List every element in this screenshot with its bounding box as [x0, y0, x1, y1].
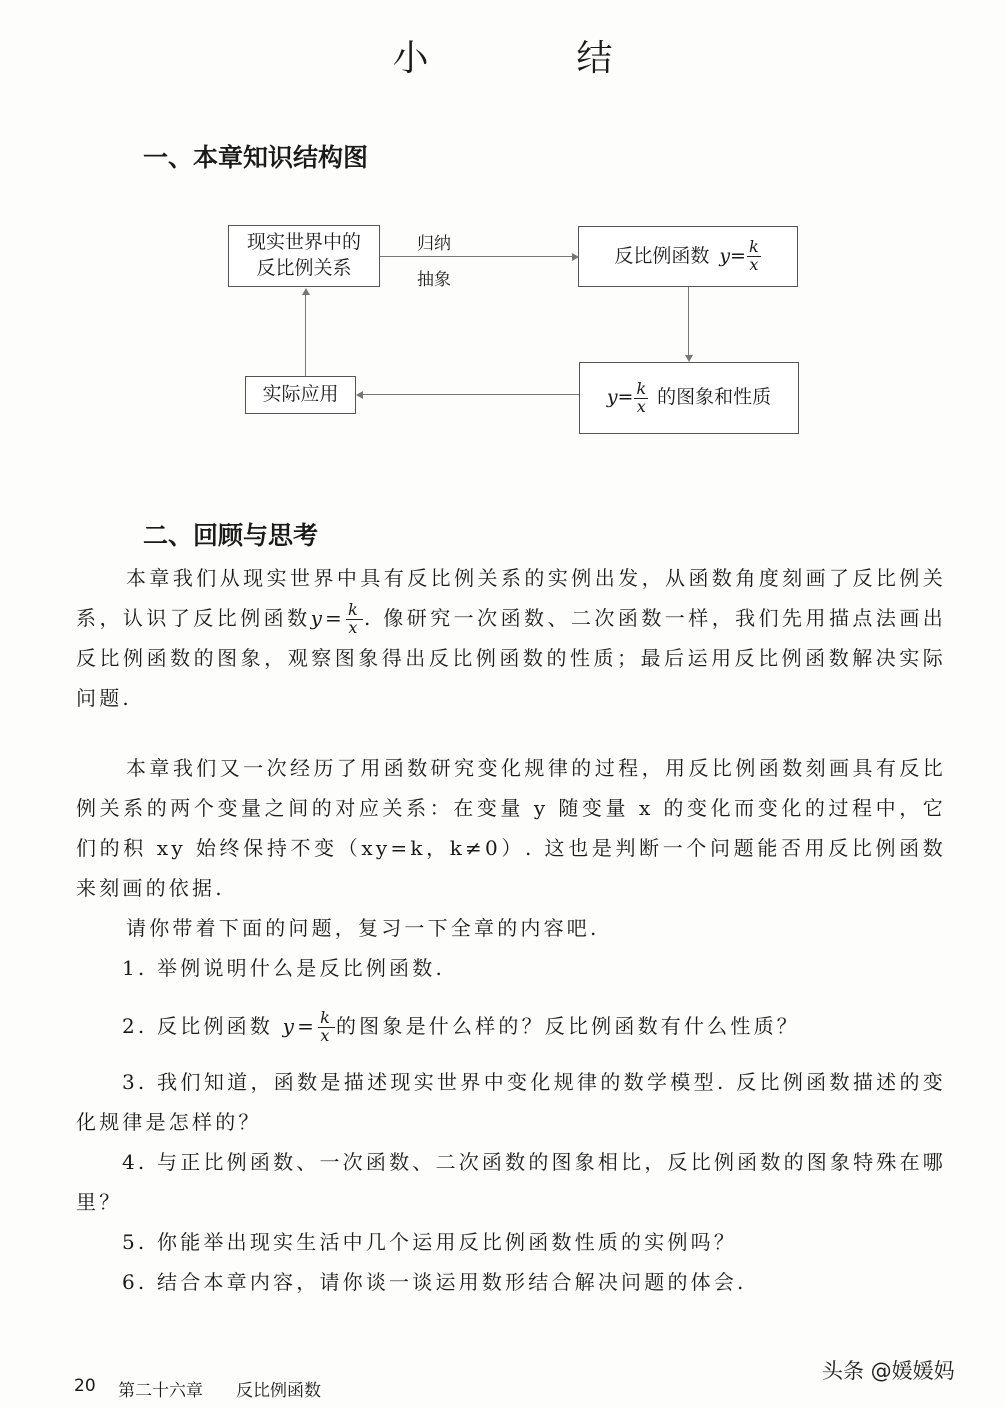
- arrow-label-induction: 归纳: [417, 229, 451, 254]
- watermark: 头条 @媛媛妈: [822, 1355, 955, 1385]
- paragraph-3: 请你带着下面的问题，复习一下全章的内容吧.: [76, 908, 946, 948]
- question-text-b: 的图象是什么样的？反比例函数有什么性质？: [336, 1014, 800, 1038]
- fraction-k-over-x: kx: [346, 602, 363, 637]
- fraction-denominator: x: [637, 399, 646, 416]
- arrow-head-down-icon: [685, 355, 693, 362]
- question-text: 5. 你能举出现实生活中几个运用反比例函数性质的实例吗？: [76, 1222, 946, 1262]
- arrow-head-left-icon: [356, 391, 363, 399]
- footer-chapter-title: 反比例函数: [236, 1376, 321, 1401]
- box-graph-label: 的图象和性质: [657, 385, 771, 411]
- fraction-numerator: k: [634, 381, 648, 399]
- question-2-line: 2. 反比例函数 y=kx的图象是什么样的？反比例函数有什么性质？: [76, 1006, 946, 1046]
- arrow-line-down: [688, 287, 689, 357]
- paragraph-1-formula-lhs: y=: [311, 606, 345, 630]
- arrow-head-up-icon: [302, 288, 310, 295]
- fraction-k-over-x: k x: [747, 239, 761, 274]
- review-question-6: 6. 结合本章内容，请你谈一谈运用数形结合解决问题的体会.: [76, 1262, 946, 1302]
- box-graph-properties: y= k x 的图象和性质: [579, 362, 799, 434]
- arrow-line-up: [305, 294, 306, 376]
- review-question-3: 3. 我们知道，函数是描述现实世界中变化规律的数学模型. 反比例函数描述的变化规…: [76, 1062, 946, 1142]
- question-text-a: 2. 反比例函数: [122, 1014, 283, 1038]
- box-practical-application: 实际应用: [245, 376, 356, 414]
- box-function-formula-lhs: y=: [719, 244, 746, 270]
- arrow-label-abstraction: 抽象: [417, 265, 451, 290]
- paragraph-2: 本章我们又一次经历了用函数研究变化规律的过程，用反比例函数刻画具有反比例关系的两…: [76, 748, 946, 908]
- arrow-line-left: [362, 394, 579, 395]
- fraction-denominator: x: [348, 620, 360, 637]
- review-question-2: 2. 反比例函数 y=kx的图象是什么样的？反比例函数有什么性质？: [76, 1006, 946, 1046]
- box-inverse-function: 反比例函数 y= k x: [578, 226, 798, 287]
- box-graph-formula-lhs: y=: [607, 385, 634, 411]
- fraction-k-over-x: k x: [634, 381, 648, 416]
- knowledge-structure-diagram: 现实世界中的 反比例关系 归纳 抽象 反比例函数 y= k x y= k x 的…: [0, 0, 1005, 460]
- fraction-k-over-x: kx: [318, 1010, 335, 1045]
- footer-page-number: 20: [74, 1376, 96, 1396]
- arrow-line-top: [380, 256, 574, 257]
- question-text: 6. 结合本章内容，请你谈一谈运用数形结合解决问题的体会.: [76, 1262, 946, 1302]
- review-question-4: 4. 与正比例函数、一次函数、二次函数的图象相比，反比例函数的图象特殊在哪里？: [76, 1142, 946, 1222]
- box-function-label: 反比例函数: [614, 244, 709, 270]
- paragraph-1: 本章我们从现实世界中具有反比例关系的实例出发，从函数角度刻画了反比例关系，认识了…: [76, 558, 946, 718]
- review-question-5: 5. 你能举出现实生活中几个运用反比例函数性质的实例吗？: [76, 1222, 946, 1262]
- box-real-world-relation: 现实世界中的 反比例关系: [228, 225, 380, 287]
- fraction-denominator: x: [320, 1028, 332, 1045]
- box-real-world-line1: 现实世界中的: [247, 230, 361, 256]
- footer-chapter: 第二十六章: [118, 1376, 203, 1401]
- box-real-world-line2: 反比例关系: [256, 256, 351, 282]
- question-text: 1. 举例说明什么是反比例函数.: [76, 948, 946, 988]
- fraction-denominator: x: [749, 257, 758, 274]
- review-question-1: 1. 举例说明什么是反比例函数.: [76, 948, 946, 988]
- question-formula-lhs: y=: [283, 1014, 317, 1038]
- section-heading-review: 二、回顾与思考: [143, 516, 318, 552]
- box-application-label: 实际应用: [262, 382, 338, 408]
